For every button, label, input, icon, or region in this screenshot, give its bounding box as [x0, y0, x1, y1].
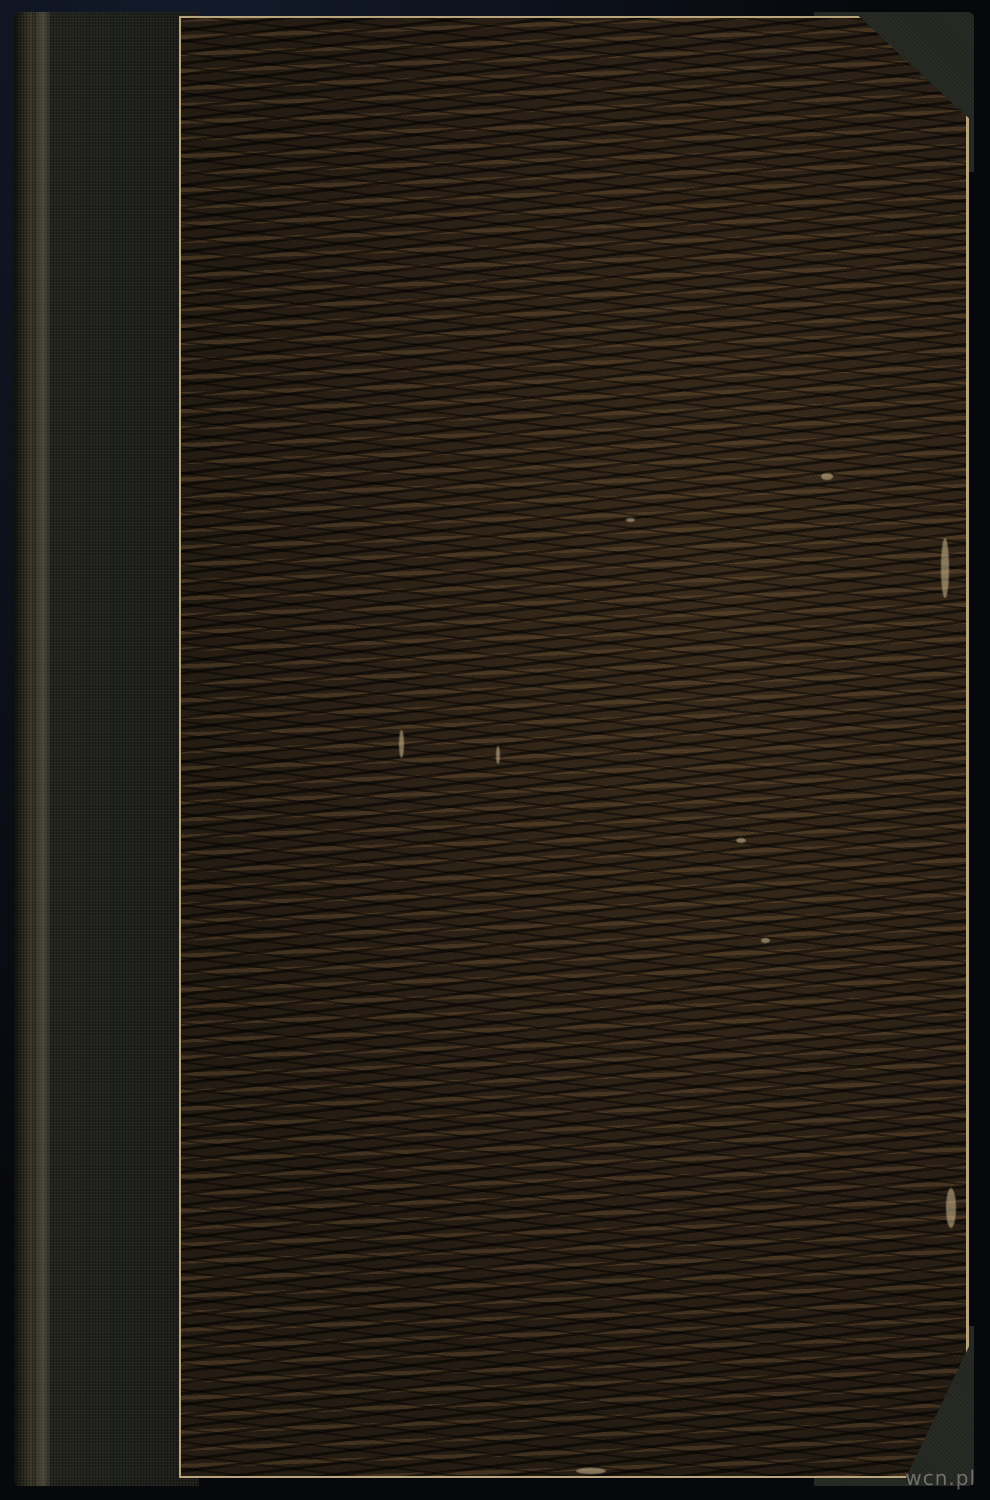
marbled-paper-board: [179, 16, 969, 1478]
paper-scuff: [399, 730, 404, 758]
paper-scuff: [626, 518, 635, 522]
paper-scuff: [821, 473, 833, 480]
book-cover: [14, 12, 974, 1486]
paper-scuff: [496, 746, 500, 764]
cloth-spine: [14, 12, 199, 1486]
edge-wear: [941, 538, 949, 598]
edge-wear: [946, 1188, 956, 1228]
paper-scuff: [761, 938, 770, 943]
paper-scuff: [736, 838, 746, 843]
watermark: wcn.pl: [905, 1466, 976, 1490]
edge-wear: [576, 1468, 606, 1474]
spine-hinge-wear: [36, 12, 50, 1486]
